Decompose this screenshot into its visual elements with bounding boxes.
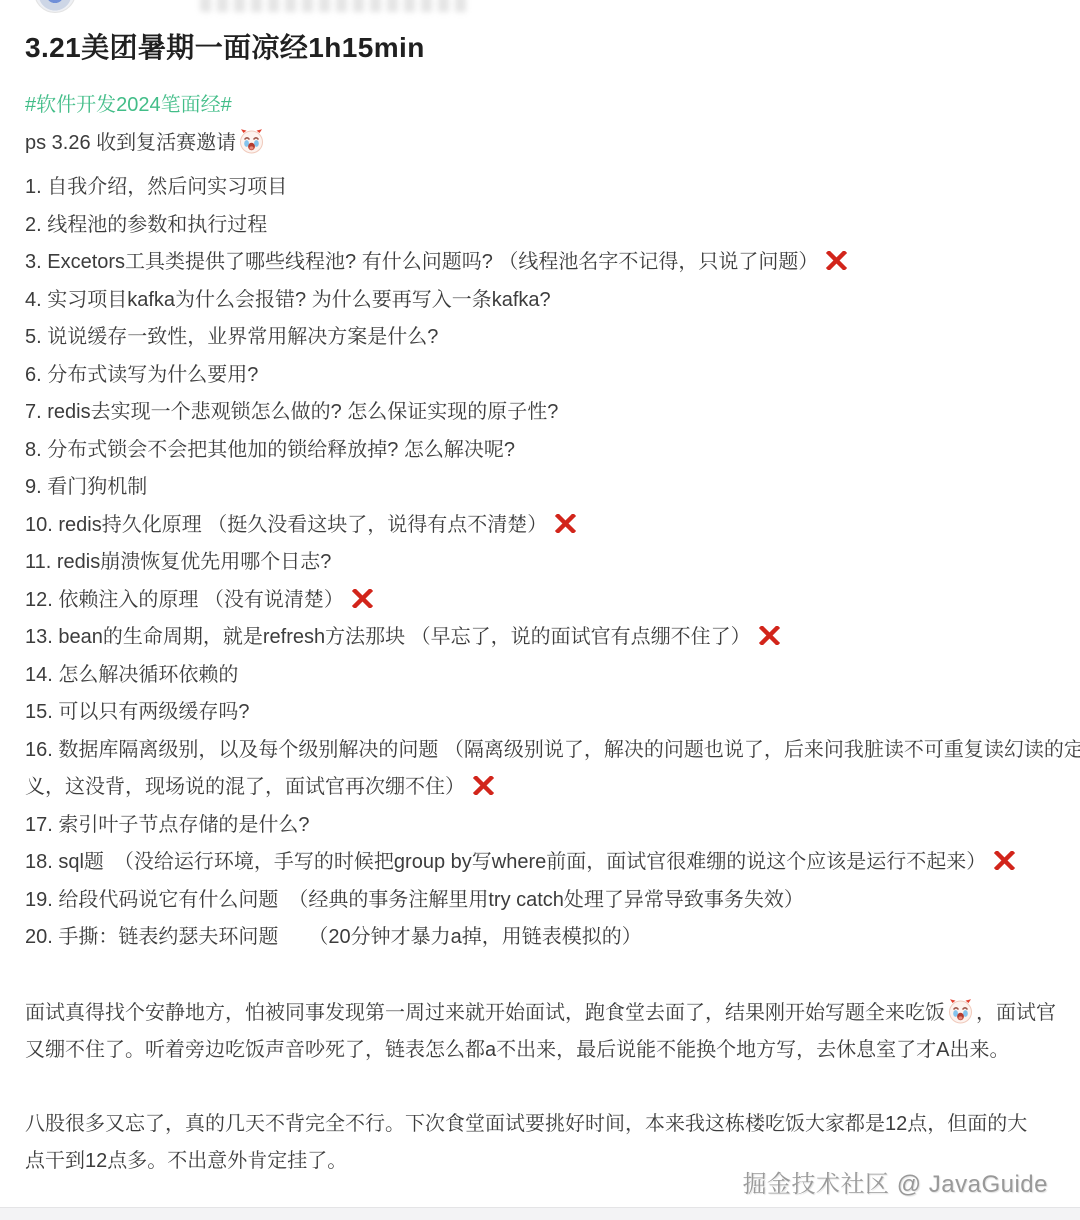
page-title: 3.21美团暑期一面凉经1h15min <box>25 30 1080 66</box>
fail-x-icon <box>826 251 847 270</box>
question-line-3: 3. Excetors工具类提供了哪些线程池? 有什么问题吗? （线程池名字不记… <box>25 244 1080 282</box>
question-text: 2. 线程池的参数和执行过程 <box>25 214 267 236</box>
question-text: 10. redis持久化原理 （挺久没看这块了，说得有点不清楚） <box>25 514 547 536</box>
question-line-2: 2. 线程池的参数和执行过程 <box>25 207 1080 245</box>
paragraph-line: 面试真得找个安静地方，怕被同事发现第一周过来就开始面试，跑食堂去面了，结果刚开始… <box>25 995 1080 1033</box>
question-line-10: 10. redis持久化原理 （挺久没看这块了，说得有点不清楚） <box>25 507 1080 545</box>
question-text: 18. sql题 （没给运行环境，手写的时候把group by写where前面，… <box>25 851 986 873</box>
question-line-14: 14. 怎么解决循环依赖的 <box>25 657 1080 695</box>
question-text: 20. 手撕：链表约瑟夫环问题 （20分钟才暴力a掉，用链表模拟的） <box>25 926 642 948</box>
question-text: 16. 数据库隔离级别，以及每个级别解决的问题 （隔离级别说了，解决的问题也说了… <box>25 739 1080 761</box>
question-line-11: 11. redis崩溃恢复优先用哪个日志? <box>25 544 1080 582</box>
ps-line: ps 3.26 收到复活赛邀请 <box>25 128 1080 157</box>
paragraph-text: 八股很多又忘了，真的几天不背完全不行。下次食堂面试要挑好时间，本来我这栋楼吃饭大… <box>25 1113 1027 1135</box>
paragraph-text: 面试真得找个安静地方，怕被同事发现第一周过来就开始面试，跑食堂去面了，结果刚开始… <box>25 1002 945 1024</box>
question-line-13: 13. bean的生命周期，就是refresh方法那块 （早忘了，说的面试官有点… <box>25 619 1080 657</box>
question-text: 3. Excetors工具类提供了哪些线程池? 有什么问题吗? （线程池名字不记… <box>25 251 818 273</box>
question-text: 12. 依赖注入的原理 （没有说清楚） <box>25 589 344 611</box>
comment-paragraph-1: 面试真得找个安静地方，怕被同事发现第一周过来就开始面试，跑食堂去面了，结果刚开始… <box>25 995 1080 1070</box>
question-text: 6. 分布式读写为什么要用? <box>25 364 258 386</box>
question-line-20: 20. 手撕：链表约瑟夫环问题 （20分钟才暴力a掉，用链表模拟的） <box>25 919 1080 957</box>
question-line-12: 12. 依赖注入的原理 （没有说清楚） <box>25 582 1080 620</box>
watermark: 掘金技术社区 @ JavaGuide <box>743 1164 1048 1199</box>
question-line-16: 16. 数据库隔离级别，以及每个级别解决的问题 （隔离级别说了，解决的问题也说了… <box>25 732 1080 770</box>
question-text: 15. 可以只有两级缓存吗? <box>25 701 249 723</box>
blurred-header-text <box>200 0 470 12</box>
question-text: 13. bean的生命周期，就是refresh方法那块 （早忘了，说的面试官有点… <box>25 626 751 648</box>
question-text: 11. redis崩溃恢复优先用哪个日志? <box>25 551 331 573</box>
fail-x-icon <box>759 626 780 645</box>
question-list: 1. 自我介绍，然后问实习项目 2. 线程池的参数和执行过程 3. Exceto… <box>25 169 1080 957</box>
post-body: 3.21美团暑期一面凉经1h15min #软件开发2024笔面经# ps 3.2… <box>0 30 1080 1181</box>
paragraph-text: 又绷不住了。听着旁边吃饭声音吵死了，链表怎么都a不出来，最后说能不能换个地方写，… <box>25 1039 1009 1061</box>
question-text: 7. redis去实现一个悲观锁怎么做的? 怎么保证实现的原子性? <box>25 401 558 423</box>
bottom-divider <box>0 1207 1080 1220</box>
question-text: 14. 怎么解决循环依赖的 <box>25 664 238 686</box>
question-line-16-wrap: 义，这没背，现场说的混了，面试官再次绷不住） <box>25 769 1080 807</box>
question-text: 义，这没背，现场说的混了，面试官再次绷不住） <box>25 776 465 798</box>
question-line-17: 17. 索引叶子节点存储的是什么? <box>25 807 1080 845</box>
question-line-8: 8. 分布式锁会不会把其他加的锁给释放掉? 怎么解决呢? <box>25 432 1080 470</box>
paragraph-line: 又绷不住了。听着旁边吃饭声音吵死了，链表怎么都a不出来，最后说能不能换个地方写，… <box>25 1032 1080 1070</box>
ps-text: ps 3.26 收到复活赛邀请 <box>25 132 236 154</box>
question-text: 4. 实习项目kafka为什么会报错? 为什么要再写入一条kafka? <box>25 289 551 311</box>
cropped-header <box>0 0 1080 18</box>
question-text: 19. 给段代码说它有什么问题 （经典的事务注解里用try catch处理了异常… <box>25 889 804 911</box>
question-line-4: 4. 实习项目kafka为什么会报错? 为什么要再写入一条kafka? <box>25 282 1080 320</box>
question-text: 9. 看门狗机制 <box>25 476 147 498</box>
crying-cow-emoji <box>947 998 974 1025</box>
fail-x-icon <box>473 776 494 795</box>
question-line-19: 19. 给段代码说它有什么问题 （经典的事务注解里用try catch处理了异常… <box>25 882 1080 920</box>
question-line-5: 5. 说说缓存一致性，业界常用解决方案是什么? <box>25 319 1080 357</box>
question-line-9: 9. 看门狗机制 <box>25 469 1080 507</box>
paragraph-text: 点干到12点多。不出意外肯定挂了。 <box>25 1150 347 1172</box>
question-line-18: 18. sql题 （没给运行环境，手写的时候把group by写where前面，… <box>25 844 1080 882</box>
fail-x-icon <box>994 851 1015 870</box>
avatar[interactable] <box>34 0 76 13</box>
question-line-15: 15. 可以只有两级缓存吗? <box>25 694 1080 732</box>
crying-cow-emoji <box>238 128 265 155</box>
question-text: 17. 索引叶子节点存储的是什么? <box>25 814 309 836</box>
question-line-7: 7. redis去实现一个悲观锁怎么做的? 怎么保证实现的原子性? <box>25 394 1080 432</box>
question-line-6: 6. 分布式读写为什么要用? <box>25 357 1080 395</box>
question-text: 5. 说说缓存一致性，业界常用解决方案是什么? <box>25 326 438 348</box>
question-text: 1. 自我介绍，然后问实习项目 <box>25 176 287 198</box>
topic-tag-link[interactable]: #软件开发2024笔面经# <box>25 92 1080 118</box>
fail-x-icon <box>555 514 576 533</box>
question-text: 8. 分布式锁会不会把其他加的锁给释放掉? 怎么解决呢? <box>25 439 515 461</box>
question-line-1: 1. 自我介绍，然后问实习项目 <box>25 169 1080 207</box>
fail-x-icon <box>352 589 373 608</box>
paragraph-text: ，面试官 <box>976 1002 1056 1024</box>
paragraph-line: 八股很多又忘了，真的几天不背完全不行。下次食堂面试要挑好时间，本来我这栋楼吃饭大… <box>25 1106 1080 1144</box>
